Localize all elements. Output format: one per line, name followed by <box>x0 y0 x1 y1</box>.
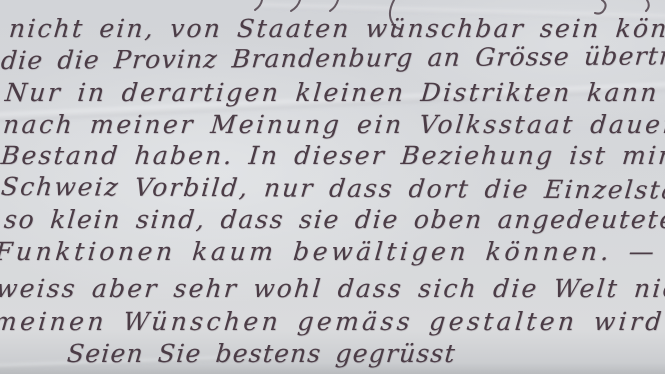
handwriting-line: meinen Wünschen gemäss gestalten wird! <box>0 309 665 334</box>
handwriting-line: Nur in derartigen kleinen Distrikten kan… <box>4 80 660 105</box>
handwriting-line: Bestand haben. In dieser Beziehung ist m… <box>0 143 665 168</box>
letter-page: nicht ein, von Staaten wünschbar sein kö… <box>0 0 665 374</box>
handwriting-line: Schweiz Vorbild, nur dass dort die Einze… <box>0 174 665 203</box>
handwriting-line: weiss aber sehr wohl dass sich die Welt … <box>0 276 665 301</box>
handwriting-line: so klein sind, dass sie die oben angedeu… <box>3 207 665 232</box>
handwriting-line: nicht ein, von Staaten wünschbar sein kö… <box>8 16 665 41</box>
handwriting-line: Funktionen kaum bewältigen können. — Ich <box>0 239 665 264</box>
handwriting-line: die die Provinz Brandenburg an Grösse üb… <box>0 43 665 73</box>
handwriting-signoff-line: Seien Sie bestens gegrüsst <box>66 341 457 366</box>
handwriting-line: nach meiner Meinung ein Volksstaat dauer… <box>2 112 665 137</box>
